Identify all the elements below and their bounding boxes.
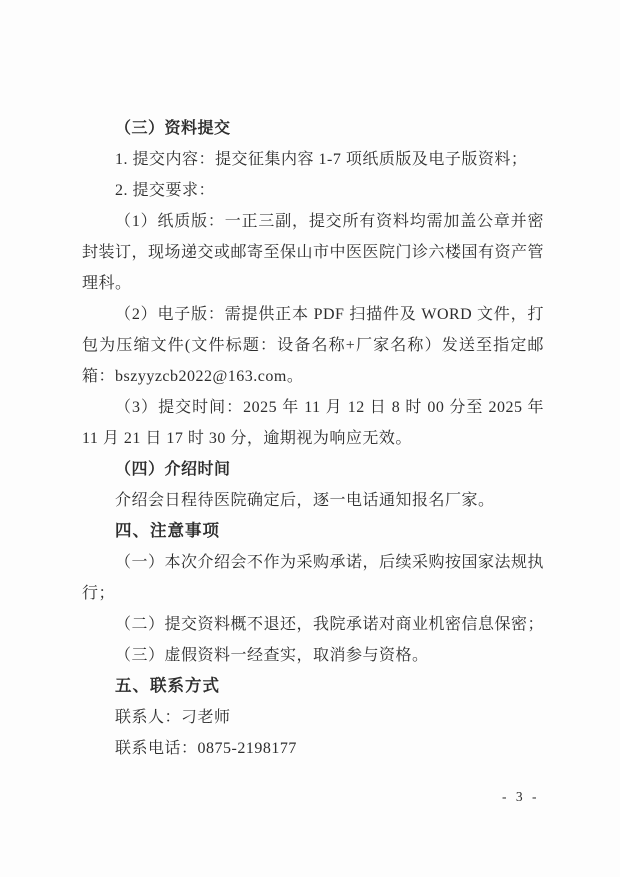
doc-paragraph-submission-requirements: 2. 提交要求： — [82, 175, 544, 206]
subsection-heading-introduction-time: （四）介绍时间 — [82, 454, 544, 485]
doc-paragraph-contact-person: 联系人：刁老师 — [82, 702, 544, 733]
doc-paragraph-contact-phone: 联系电话：0875-2198177 — [82, 733, 544, 764]
doc-paragraph-submission-content: 1. 提交内容：提交征集内容 1-7 项纸质版及电子版资料； — [82, 144, 544, 175]
section-heading-notes: 四、注意事项 — [82, 516, 544, 547]
document-page: （三）资料提交 1. 提交内容：提交征集内容 1-7 项纸质版及电子版资料； 2… — [0, 0, 620, 877]
doc-paragraph-paper-version: （1）纸质版：一正三副，提交所有资料均需加盖公章并密封装订，现场递交或邮寄至保山… — [82, 206, 544, 299]
page-number: - 3 - — [502, 789, 540, 805]
section-heading-contact: 五、联系方式 — [82, 671, 544, 702]
doc-paragraph-introduction-schedule: 介绍会日程待医院确定后，逐一电话通知报名厂家。 — [82, 485, 544, 516]
doc-paragraph-submission-time: （3）提交时间：2025 年 11 月 12 日 8 时 00 分至 2025 … — [82, 392, 544, 454]
doc-paragraph-note-1: （一）本次介绍会不作为采购承诺，后续采购按国家法规执行； — [82, 547, 544, 609]
doc-paragraph-note-2: （二）提交资料概不退还，我院承诺对商业机密信息保密； — [82, 609, 544, 640]
document-body: （三）资料提交 1. 提交内容：提交征集内容 1-7 项纸质版及电子版资料； 2… — [82, 113, 544, 764]
subsection-heading-materials-submission: （三）资料提交 — [82, 113, 544, 144]
doc-paragraph-note-3: （三）虚假资料一经查实，取消参与资格。 — [82, 640, 544, 671]
doc-paragraph-electronic-version: （2）电子版：需提供正本 PDF 扫描件及 WORD 文件，打包为压缩文件(文件… — [82, 299, 544, 392]
